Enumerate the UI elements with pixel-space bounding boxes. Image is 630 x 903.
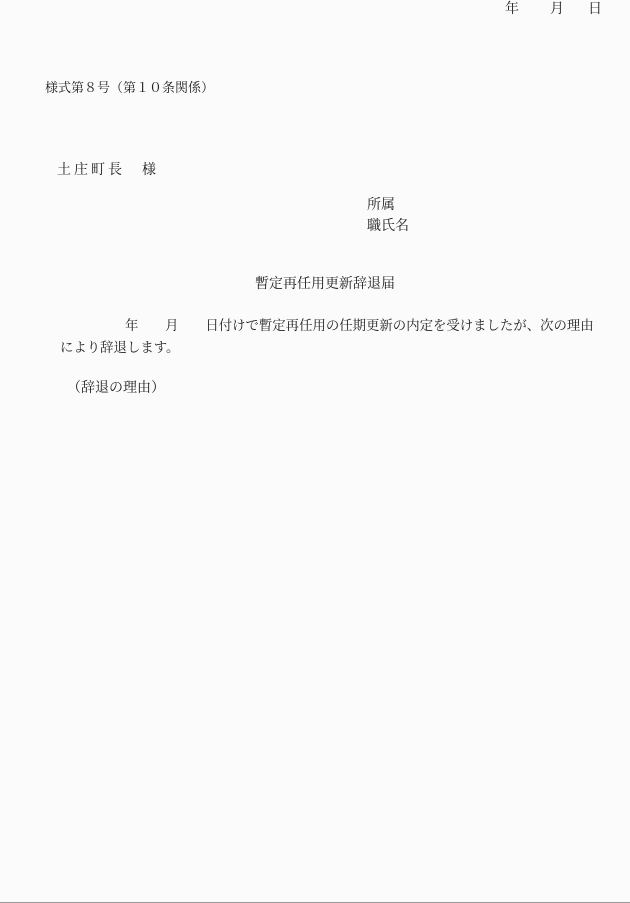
body-paragraph-line-1: 年 月 日付けで暫定再任用の任期更新の内定を受けましたが、次の理由 [125, 316, 594, 336]
date-day-label: 日 [588, 0, 602, 20]
body-paragraph-line-2: により辞退します。 [60, 338, 179, 358]
date-year-label: 年 [505, 0, 519, 20]
sender-affiliation-label: 所属 [367, 196, 395, 216]
form-number-label: 様式第８号（第１０条関係） [45, 78, 214, 98]
document-title: 暫定再任用更新辞退届 [255, 275, 395, 295]
date-line: 年 月 日 [0, 0, 630, 20]
resignation-reason-label: （辞退の理由） [67, 379, 165, 399]
addressee-label: 土庄町長 様 [57, 161, 159, 181]
date-month-label: 月 [550, 0, 564, 20]
sender-job-name-label: 職氏名 [367, 217, 409, 237]
document-page: 様式第８号（第１０条関係） 年 月 日 土庄町長 様 所属 職氏名 暫定再任用更… [0, 0, 630, 903]
